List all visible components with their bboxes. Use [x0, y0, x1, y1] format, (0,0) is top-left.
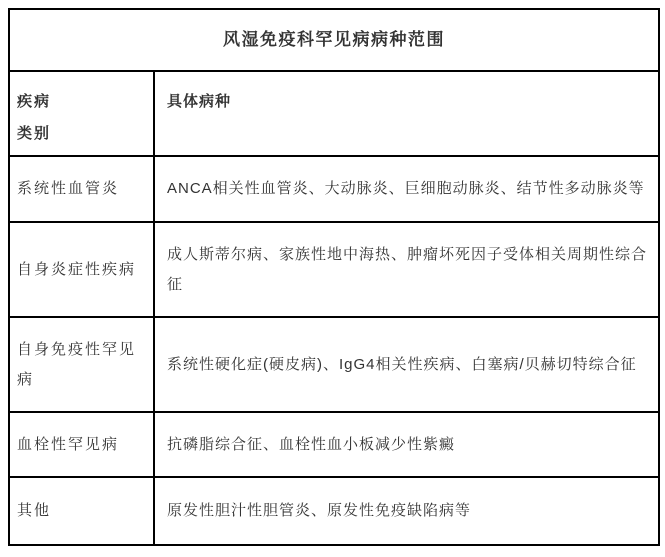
row-category: 系统性血管炎 [9, 156, 154, 222]
row-diseases: 成人斯蒂尔病、家族性地中海热、肿瘤坏死因子受体相关周期性综合征 [154, 222, 659, 317]
table-title: 风湿免疫科罕见病病种范围 [9, 9, 659, 71]
table-row: 系统性血管炎 ANCA相关性血管炎、大动脉炎、巨细胞动脉炎、结节性多动脉炎等 [9, 156, 659, 222]
header-row: 疾病 类别 具体病种 [9, 71, 659, 156]
rare-disease-table: 风湿免疫科罕见病病种范围 疾病 类别 具体病种 系统性血管炎 ANCA相关性血管… [8, 8, 660, 546]
row-category: 其他 [9, 477, 154, 545]
page: 风湿免疫科罕见病病种范围 疾病 类别 具体病种 系统性血管炎 ANCA相关性血管… [0, 0, 665, 557]
column-header-diseases: 具体病种 [154, 71, 659, 156]
table-row: 自身炎症性疾病 成人斯蒂尔病、家族性地中海热、肿瘤坏死因子受体相关周期性综合征 [9, 222, 659, 317]
row-diseases: 系统性硬化症(硬皮病)、IgG4相关性疾病、白塞病/贝赫切特综合征 [154, 317, 659, 412]
table-row: 自身免疫性罕见病 系统性硬化症(硬皮病)、IgG4相关性疾病、白塞病/贝赫切特综… [9, 317, 659, 412]
column-header-category: 疾病 类别 [9, 71, 154, 156]
row-diseases: 抗磷脂综合征、血栓性血小板减少性紫癜 [154, 412, 659, 477]
row-diseases: 原发性胆汁性胆管炎、原发性免疫缺陷病等 [154, 477, 659, 545]
title-row: 风湿免疫科罕见病病种范围 [9, 9, 659, 71]
row-category: 自身免疫性罕见病 [9, 317, 154, 412]
row-diseases: ANCA相关性血管炎、大动脉炎、巨细胞动脉炎、结节性多动脉炎等 [154, 156, 659, 222]
table-row: 血栓性罕见病 抗磷脂综合征、血栓性血小板减少性紫癜 [9, 412, 659, 477]
row-category: 血栓性罕见病 [9, 412, 154, 477]
row-category: 自身炎症性疾病 [9, 222, 154, 317]
table-row: 其他 原发性胆汁性胆管炎、原发性免疫缺陷病等 [9, 477, 659, 545]
